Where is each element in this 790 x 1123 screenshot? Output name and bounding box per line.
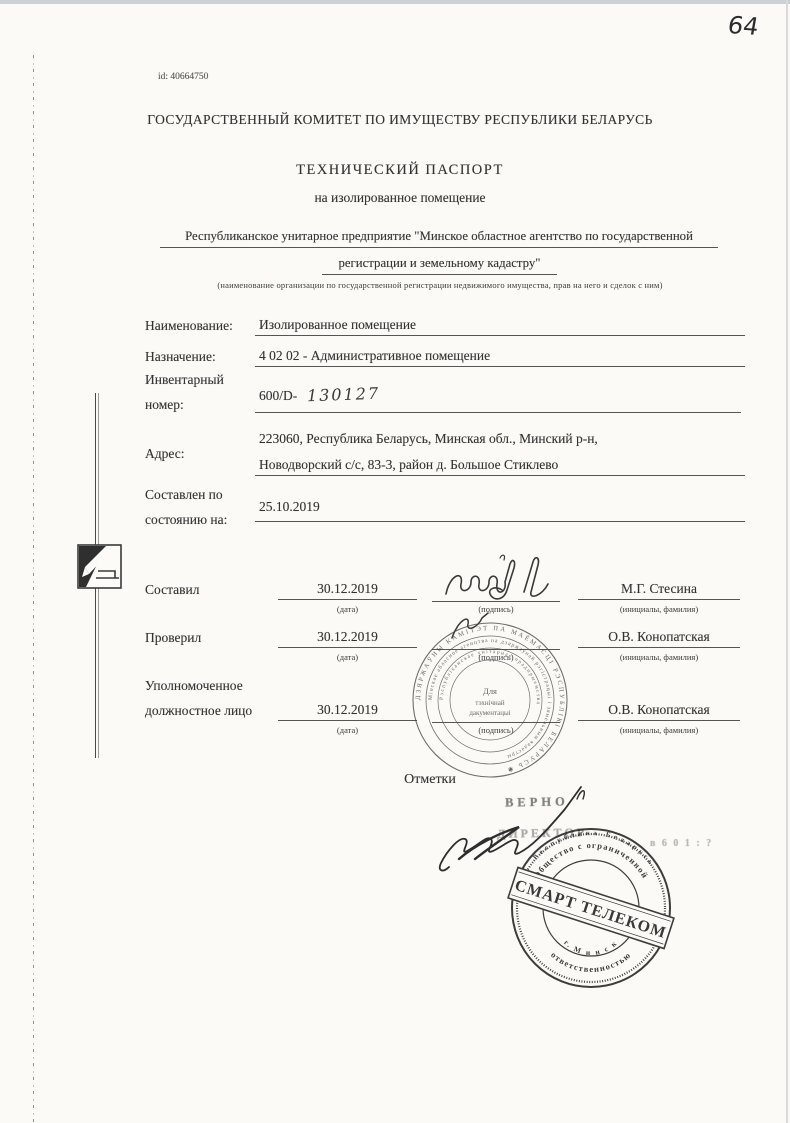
seal-center-line1: Для <box>483 686 497 696</box>
inventory-field-label-line1: Инвентарный <box>145 372 224 388</box>
document-subtitle: на изолированное помещение <box>60 190 740 206</box>
authorized-date: 30.12.2019 <box>278 702 417 721</box>
authorized-name: О.В. Конопатская <box>578 702 740 721</box>
compiled-by-label: Составил <box>145 582 199 598</box>
handwritten-page-number: 64 <box>726 11 761 41</box>
checked-name: О.В. Конопатская <box>578 629 740 648</box>
authorized-date-caption: (дата) <box>278 725 417 735</box>
organization-line-1: Республиканское унитарное предприятие "М… <box>160 229 718 248</box>
purpose-field-value: 4 02 02 - Административное помещение <box>255 348 745 367</box>
inventory-prefix: 600/D- <box>255 388 297 403</box>
compiled-name: М.Г. Стесина <box>578 581 740 600</box>
checked-by-label: Проверил <box>145 630 201 646</box>
compiled-date-caption: (дата) <box>278 604 417 614</box>
seal-ring-inner-text: Рэспубліканскае унітарнае прадпрыемства <box>439 649 541 706</box>
seal-center-line2: тэхнічнай <box>475 699 505 707</box>
organization-line-2: регистрации и земельному кадастру" <box>322 256 557 275</box>
compiled-date: 30.12.2019 <box>278 581 417 600</box>
compiled-signature-scribble <box>438 552 568 604</box>
compiled-name-caption: (инициалы, фамилия) <box>578 604 740 614</box>
seal-center-line3: дакументацыі <box>469 709 510 717</box>
svg-text:Рэспубліканскае унітарнае прад: Рэспубліканскае унітарнае прадпрыемства <box>439 649 541 706</box>
director-signature-scribble <box>435 775 595 885</box>
checked-name-caption: (инициалы, фамилия) <box>578 652 740 662</box>
address-value-line1: 223060, Республика Беларусь, Минская обл… <box>255 431 745 447</box>
asof-field-label-line2: состоянию на: <box>145 512 227 528</box>
scan-edge-right <box>786 0 788 1123</box>
authorized-label-line1: Уполномоченное <box>145 678 243 694</box>
scan-edge-left <box>33 55 34 1123</box>
official-round-seal: ДЗЯРЖАЎНЫ КАМІТЭТ ПА МАЁМАСЦІ РЭСПУБЛІКІ… <box>405 615 575 785</box>
checked-date-caption: (дата) <box>278 652 417 662</box>
inventory-field-label-line2: номер: <box>145 397 184 413</box>
binding-seal <box>76 543 123 590</box>
address-field-label: Адрес: <box>145 446 184 462</box>
authorized-label-line2: должностное лицо <box>145 703 252 719</box>
committee-title: ГОСУДАРСТВЕННЫЙ КОМИТЕТ ПО ИМУЩЕСТВУ РЕС… <box>60 112 740 128</box>
inventory-handwritten-number: 130127 <box>307 384 381 406</box>
organization-caption: (наименование организации по государстве… <box>130 280 750 290</box>
inventory-field-value: 600/D- 130127 <box>255 385 741 413</box>
scanned-document-page: 64 id: 40664750 ГОСУДАРСТВЕННЫЙ КОМИТЕТ … <box>0 0 790 1123</box>
company-stamp-city-text: г. М и н с к <box>562 938 619 957</box>
authorized-name-caption: (инициалы, фамилия) <box>578 725 740 735</box>
address-value-line2: Новодворский с/с, 83-3, район д. Большое… <box>255 457 745 476</box>
document-title: ТЕХНИЧЕСКИЙ ПАСПОРТ <box>60 162 740 179</box>
scan-id: id: 40664750 <box>158 72 208 82</box>
scan-edge-top <box>0 0 790 4</box>
asof-field-label-line1: Составлен по <box>145 487 223 503</box>
name-field-label: Наименование: <box>145 318 233 334</box>
name-field-value: Изолированное помещение <box>255 317 745 336</box>
checked-date: 30.12.2019 <box>278 629 417 648</box>
svg-text:г. М и н с к: г. М и н с к <box>562 938 619 957</box>
purpose-field-label: Назначение: <box>145 349 216 365</box>
asof-field-value: 25.10.2019 <box>255 499 745 522</box>
